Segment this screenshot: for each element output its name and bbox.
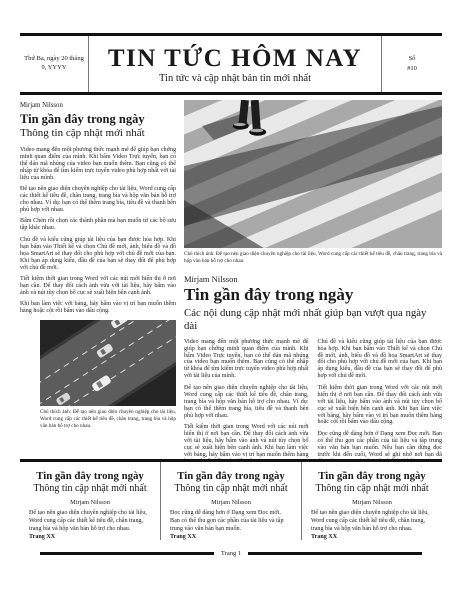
newspaper-title: TIN TỨC HÔM NAY — [108, 46, 362, 72]
teaser-article-3: Tin gần đây trong ngày Thông tin cập nhậ… — [301, 462, 442, 540]
crosswalk-photo-image — [184, 100, 442, 248]
bottom-teasers: Tin gần đây trong ngày Thông tin cập nhậ… — [20, 459, 442, 540]
teaser-subheadline: Thông tin cập nhật mới nhất — [170, 483, 292, 495]
left-article: Mirjam Nilsson Tin gần đây trong ngày Th… — [20, 100, 176, 460]
main-content: Mirjam Nilsson Tin gần đây trong ngày Th… — [20, 100, 442, 460]
main-article-paragraph: Đọc cũng dễ dàng hơn ở Dạng xem Đọc mới.… — [318, 431, 443, 460]
teaser-byline: Mirjam Nilsson — [29, 499, 151, 506]
left-article-paragraph: Chủ đề và kiểu cũng giúp tài liệu của bạ… — [20, 237, 176, 272]
main-article-paragraph: Video mang đến một phương thức mạnh mẽ đ… — [184, 339, 309, 381]
teaser-page-ref: Trang XX — [170, 534, 292, 540]
left-article-headline: Tin gần đây trong ngày — [20, 112, 176, 126]
masthead-issue: Số #10 — [382, 36, 442, 92]
main-article-subheadline: Các nội dung cập nhật mới nhất giúp bạn … — [184, 307, 442, 333]
teaser-body: Để tạo nên giao diện chuyên nghiệp cho t… — [311, 510, 433, 534]
masthead-date: Thứ Ba, ngày 20 tháng 9, YYYY — [20, 36, 89, 92]
left-article-paragraph: Để tạo nên giao diện chuyên nghiệp cho t… — [20, 186, 176, 214]
left-article-paragraph: Bấm Chèn rồi chọn các thành phần mà bạn … — [20, 218, 176, 232]
footer-rule-left — [40, 552, 214, 555]
highway-aerial-photo: Chú thích ảnh: Để tạo nên giao diện chuy… — [40, 320, 176, 430]
issue-number: #10 — [407, 64, 417, 74]
main-article-paragraph: Để tạo nên giao diện chuyên nghiệp cho t… — [184, 385, 309, 420]
issue-label: Số — [409, 54, 416, 64]
left-article-paragraph: Video mang đến một phương thức mạnh mẽ đ… — [20, 147, 176, 182]
left-article-paragraph: Khi bạn làm việc với bảng, hãy bấm vào v… — [20, 301, 176, 315]
teaser-body: Đọc cũng dễ dàng hơn ở Dạng xem Đọc mới.… — [170, 510, 292, 534]
teaser-page-ref: Trang XX — [311, 534, 433, 540]
main-article-byline: Mirjam Nilsson — [184, 274, 442, 284]
teaser-byline: Mirjam Nilsson — [311, 499, 433, 506]
main-article-column-1: Video mang đến một phương thức mạnh mẽ đ… — [184, 339, 309, 460]
teaser-subheadline: Thông tin cập nhật mới nhất — [29, 483, 151, 495]
page-footer: Trang 1 — [40, 550, 422, 557]
main-article-headline: Tin gần đây trong ngày — [184, 286, 442, 305]
crosswalk-photo: Chú thích ảnh. Để tạo nên giao diện chuy… — [184, 100, 442, 265]
highway-aerial-photo-image — [40, 320, 176, 406]
highway-photo-caption: Chú thích ảnh: Để tạo nên giao diện chuy… — [40, 409, 176, 430]
main-article-column-2: Chủ đề và kiểu cũng giúp tài liệu của bạ… — [318, 339, 443, 460]
crosswalk-photo-caption: Chú thích ảnh. Để tạo nên giao diện chuy… — [184, 251, 442, 265]
teaser-byline: Mirjam Nilsson — [170, 499, 292, 506]
teaser-article-1: Tin gần đây trong ngày Thông tin cập nhậ… — [20, 462, 160, 540]
main-article-paragraph: Tiết kiệm thời gian trong Word với các n… — [318, 385, 443, 427]
teaser-headline: Tin gần đây trong ngày — [170, 470, 292, 482]
newspaper-document: { "masthead": { "date": "Thứ Ba, ngày 20… — [0, 0, 462, 600]
masthead: Thứ Ba, ngày 20 tháng 9, YYYY TIN TỨC HÔ… — [20, 33, 442, 95]
main-article-paragraph: Chủ đề và kiểu cũng giúp tài liệu của bạ… — [318, 339, 443, 381]
main-article: Chú thích ảnh. Để tạo nên giao diện chuy… — [184, 100, 442, 460]
teaser-body: Để tạo nên giao diện chuyên nghiệp cho t… — [29, 510, 151, 534]
left-article-subheadline: Thông tin cập nhật mới nhất — [20, 127, 176, 140]
footer-rule-right — [248, 552, 422, 555]
left-article-byline: Mirjam Nilsson — [20, 102, 176, 109]
teaser-headline: Tin gần đây trong ngày — [311, 470, 433, 482]
left-article-paragraph: Tiết kiệm thời gian trong Word với các n… — [20, 276, 176, 297]
teaser-subheadline: Thông tin cập nhật mới nhất — [311, 483, 433, 495]
teaser-page-ref: Trang XX — [29, 534, 151, 540]
teaser-headline: Tin gần đây trong ngày — [29, 470, 151, 482]
page-number: Trang 1 — [221, 550, 241, 557]
masthead-center: TIN TỨC HÔM NAY Tin tức và cập nhật bản … — [89, 36, 382, 92]
main-article-paragraph: Tiết kiệm thời gian trong Word với các n… — [184, 424, 309, 460]
newspaper-subtitle: Tin tức và cập nhật bản tin mới nhất — [159, 73, 311, 84]
teaser-article-2: Tin gần đây trong ngày Thông tin cập nhậ… — [160, 462, 301, 540]
main-article-text-columns: Video mang đến một phương thức mạnh mẽ đ… — [184, 339, 442, 460]
